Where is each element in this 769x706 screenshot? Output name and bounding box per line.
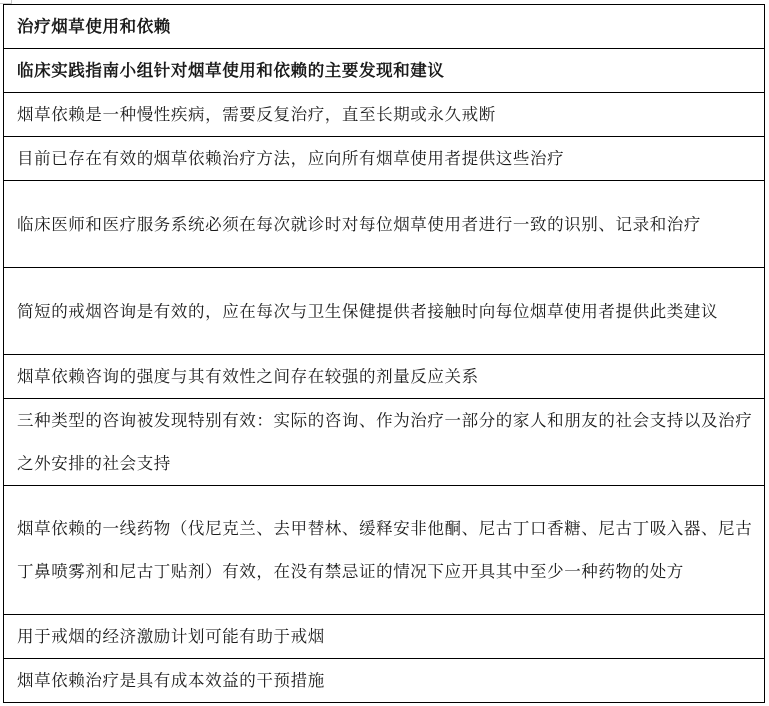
finding-cell: 三种类型的咨询被发现特别有效：实际的咨询、作为治疗一部分的家人和朋友的社会支持以… [4,399,765,486]
table-row: 简短的戒烟咨询是有效的，应在每次与卫生保健提供者接触时向每位烟草使用者提供此类建… [4,268,765,355]
finding-cell: 用于戒烟的经济激励计划可能有助于戒烟 [4,615,765,659]
table-row: 临床医师和医疗服务系统必须在每次就诊时对每位烟草使用者进行一致的识别、记录和治疗 [4,181,765,268]
finding-cell: 烟草依赖咨询的强度与其有效性之间存在较强的剂量反应关系 [4,355,765,399]
table-subtitle: 临床实践指南小组针对烟草使用和依赖的主要发现和建议 [4,49,765,93]
table-row-title: 治疗烟草使用和依赖 [4,5,765,49]
table-row: 烟草依赖的一线药物（伐尼克兰、去甲替林、缓释安非他酮、尼古丁口香糖、尼古丁吸入器… [4,486,765,615]
table-row: 用于戒烟的经济激励计划可能有助于戒烟 [4,615,765,659]
findings-table: 治疗烟草使用和依赖 临床实践指南小组针对烟草使用和依赖的主要发现和建议 烟草依赖… [3,4,765,703]
table-row: 三种类型的咨询被发现特别有效：实际的咨询、作为治疗一部分的家人和朋友的社会支持以… [4,399,765,486]
table-row-subtitle: 临床实践指南小组针对烟草使用和依赖的主要发现和建议 [4,49,765,93]
finding-cell: 目前已存在有效的烟草依赖治疗方法，应向所有烟草使用者提供这些治疗 [4,137,765,181]
table-row: 烟草依赖治疗是具有成本效益的干预措施 [4,659,765,703]
table-row: 烟草依赖咨询的强度与其有效性之间存在较强的剂量反应关系 [4,355,765,399]
finding-cell: 临床医师和医疗服务系统必须在每次就诊时对每位烟草使用者进行一致的识别、记录和治疗 [4,181,765,268]
finding-cell: 简短的戒烟咨询是有效的，应在每次与卫生保健提供者接触时向每位烟草使用者提供此类建… [4,268,765,355]
table-title: 治疗烟草使用和依赖 [4,5,765,49]
finding-cell: 烟草依赖治疗是具有成本效益的干预措施 [4,659,765,703]
finding-cell: 烟草依赖是一种慢性疾病，需要反复治疗，直至长期或永久戒断 [4,93,765,137]
table-row: 目前已存在有效的烟草依赖治疗方法，应向所有烟草使用者提供这些治疗 [4,137,765,181]
table-row: 烟草依赖是一种慢性疾病，需要反复治疗，直至长期或永久戒断 [4,93,765,137]
finding-cell: 烟草依赖的一线药物（伐尼克兰、去甲替林、缓释安非他酮、尼古丁口香糖、尼古丁吸入器… [4,486,765,615]
